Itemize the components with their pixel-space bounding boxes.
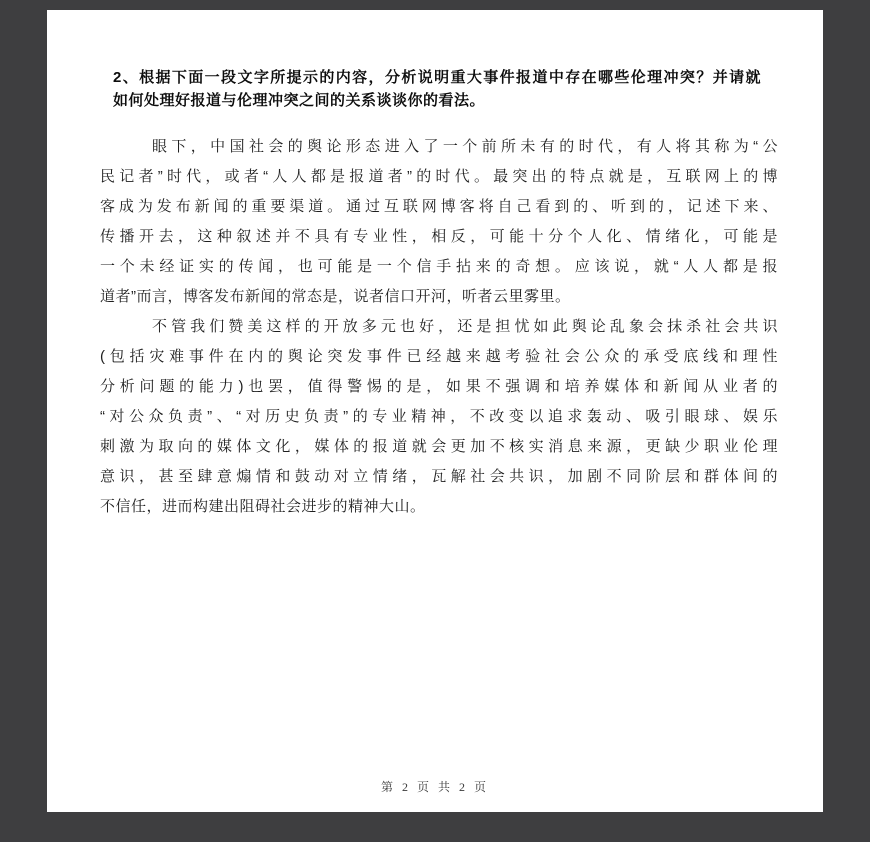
document-body: 眼下，中国社会的舆论形态进入了一个前所未有的时代，有人将其称为“公 民记者”时代… xyxy=(100,132,778,522)
paragraph-2-line: 不信任，进而构建出阻碍社会进步的精神大山。 xyxy=(100,492,778,522)
viewer-background: { "page": { "background_color": "#3e3e40… xyxy=(0,0,870,842)
paragraph-1-line: 一个未经证实的传闻，也可能是一个信手拈来的奇想。应该说，就“人人都是报 xyxy=(100,252,778,282)
paragraph-2-line: 不管我们赞美这样的开放多元也好，还是担忧如此舆论乱象会抹杀社会共识 xyxy=(100,312,778,342)
paragraph-1-line: 客成为发布新闻的重要渠道。通过互联网博客将自己看到的、听到的，记述下来、 xyxy=(100,192,778,222)
paragraph-1-line: 道者”而言，博客发布新闻的常态是，说者信口开河，听者云里雾里。 xyxy=(100,282,778,312)
paragraph-2-line: 刺激为取向的媒体文化，媒体的报道就会更加不核实消息来源，更缺少职业伦理 xyxy=(100,432,778,462)
paragraph-2-line: 意识，甚至肆意煽情和鼓动对立情绪，瓦解社会共识，加剧不同阶层和群体间的 xyxy=(100,462,778,492)
paragraph-2-line: 分析问题的能力)也罢，值得警惕的是，如果不强调和培养媒体和新闻从业者的 xyxy=(100,372,778,402)
paragraph-1-line: 传播开去，这种叙述并不具有专业性，相反，可能十分个人化、情绪化，可能是 xyxy=(100,222,778,252)
page-number-footer: 第 2 页 共 2 页 xyxy=(47,778,823,795)
paragraph-1-line: 民记者”时代，或者“人人都是报道者”的时代。最突出的特点就是，互联网上的博 xyxy=(100,162,778,192)
question-heading-line-2: 如何处理好报道与伦理冲突之间的关系谈谈你的看法。 xyxy=(113,89,761,112)
paragraph-2-line: “对公众负责”、“对历史负责”的专业精神，不改变以追求轰动、吸引眼球、娱乐 xyxy=(100,402,778,432)
question-heading: 2、根据下面一段文字所提示的内容，分析说明重大事件报道中存在哪些伦理冲突？并请就… xyxy=(113,66,761,112)
paragraph-2-line: (包括灾难事件在内的舆论突发事件已经越来越考验社会公众的承受底线和理性 xyxy=(100,342,778,372)
question-heading-line-1: 2、根据下面一段文字所提示的内容，分析说明重大事件报道中存在哪些伦理冲突？并请就 xyxy=(113,66,761,89)
paragraph-1-line: 眼下，中国社会的舆论形态进入了一个前所未有的时代，有人将其称为“公 xyxy=(100,132,778,162)
document-page: 2、根据下面一段文字所提示的内容，分析说明重大事件报道中存在哪些伦理冲突？并请就… xyxy=(47,10,823,812)
